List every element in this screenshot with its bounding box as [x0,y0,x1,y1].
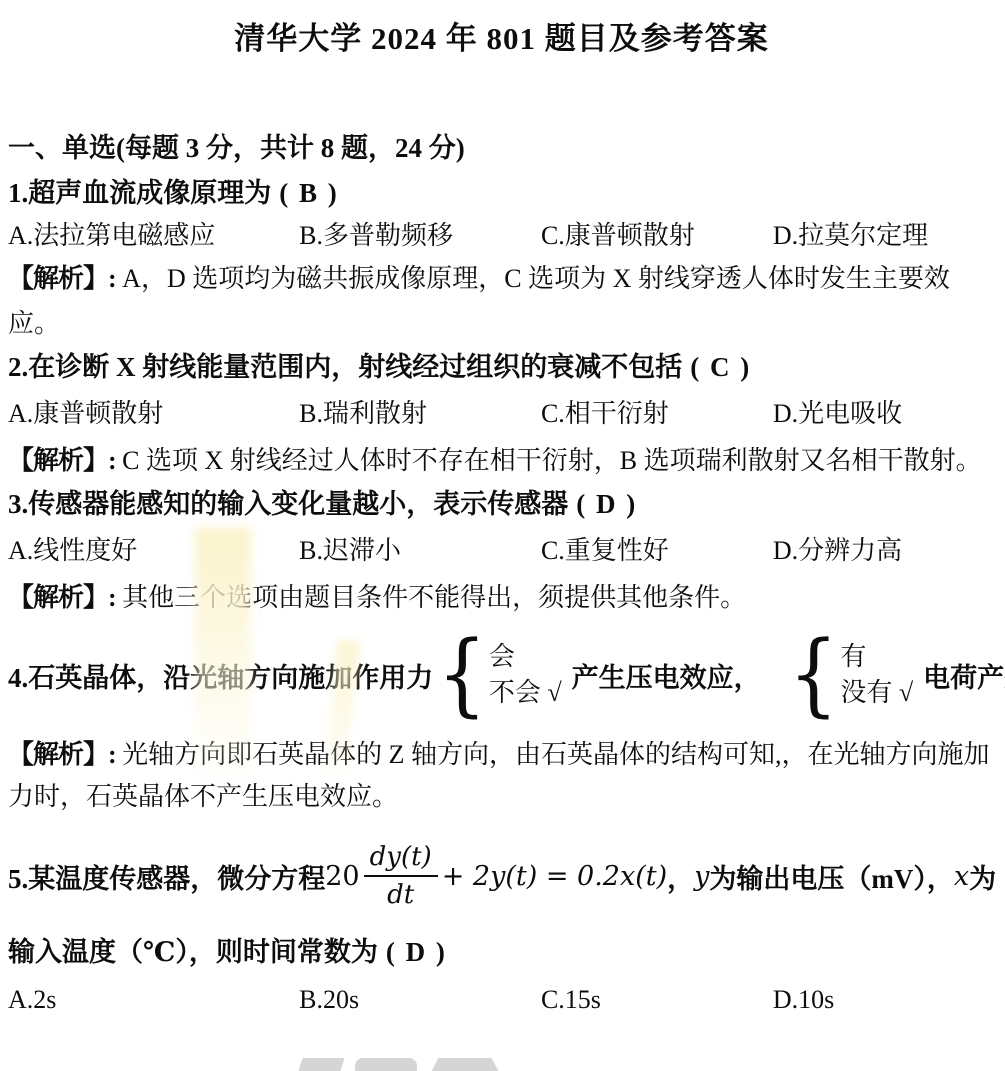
bottom-logo-watermark [300,1058,530,1071]
option-b: B.多普勒频移 [299,218,541,254]
comma: ， [667,857,694,896]
formula-coefficient: 20 [325,861,359,892]
question-1-analysis: 【解析】: A，D 选项均为磁共振成像原理，C 选项为 X 射线穿透人体时发生主… [8,256,995,346]
option-c: C.相干衍射 [541,396,773,432]
question-1-options: A.法拉第电磁感应 B.多普勒频移 C.康普顿散射 D.拉莫尔定理 [8,218,995,254]
analysis-label: 【解析】: [8,264,116,293]
question-4-mid-text: 产生压电效应， [572,656,761,695]
question-3-stem: 3.传感器能感知的输入变化量越小，表示传感器( D ) [8,485,995,523]
choice-bottom-checked: 不会 √ [489,675,562,711]
question-3-analysis: 【解析】: 其他三个选项由题目条件不能得出，须提供其他条件。 [8,575,995,620]
variable-x: x [954,861,969,892]
question-5-line2-text: 输入温度（℃），则时间常数为 [8,937,378,967]
left-brace: { [437,630,487,720]
choice-bottom-checked: 没有 √ [840,675,913,711]
watermark-shape [430,1058,500,1071]
question-4-analysis: 【解析】: 光轴方向即石英晶体的 Z 轴方向，由石英晶体的结构可知,，在光轴方向… [8,734,995,818]
option-a: A.线性度好 [8,533,299,569]
option-c: C.15s [541,982,773,1018]
question-2-answer: ( C ) [690,352,751,382]
question-5-options: A.2s B.20s C.15s D.10s [8,982,995,1018]
question-4-stem: 4.石英晶体，沿光轴方向施加作用力 { 会 不会 √ 产生压电效应， { 有 没… [8,622,995,728]
question-4-text: 4.石英晶体，沿光轴方向施加作用力 [8,656,433,695]
option-a: A.康普顿散射 [8,396,299,432]
page-title: 清华大学 2024 年 801 题目及参考答案 [8,16,995,62]
question-2-options: A.康普顿散射 B.瑞利散射 C.相干衍射 D.光电吸收 [8,396,995,432]
analysis-text: C 选项 X 射线经过人体时不存在相干衍射，B 选项瑞利散射又名相干散射。 [122,446,981,475]
question-3-options: A.线性度好 B.迟滞小 C.重复性好 D.分辨力高 [8,533,995,569]
option-b: B.20s [299,982,541,1018]
question-1-answer: ( B ) [279,178,339,208]
fraction-denominator: dt [387,877,414,911]
choice-top: 会 [489,639,562,675]
question-5-stem-line2: 输入温度（℃），则时间常数为( D ) [8,932,995,972]
analysis-text: 光轴方向即石英晶体的 Z 轴方向，由石英晶体的结构可知,，在光轴方向施加力时，石… [8,740,990,811]
question-1-text: 1.超声血流成像原理为 [8,178,271,208]
question-4-suffix-text: 电荷产生。 [923,656,1005,695]
question-2-stem: 2.在诊断 X 射线能量范围内，射线经过组织的衰减不包括( C ) [8,348,995,386]
variable-y: y [694,861,709,892]
question-4-choice-group-2: 有 没有 √ [840,639,913,711]
watermark-shape [355,1058,417,1071]
option-b: B.迟滞小 [299,533,541,569]
analysis-text: 其他三个选项由题目条件不能得出，须提供其他条件。 [122,583,746,612]
option-c: C.康普顿散射 [541,218,773,254]
question-2-analysis: 【解析】: C 选项 X 射线经过人体时不存在相干衍射，B 选项瑞利散射又名相干… [8,438,995,483]
question-5-answer: ( D ) [386,937,447,967]
question-1-stem: 1.超声血流成像原理为( B ) [8,174,995,212]
question-5-text: 5.某温度传感器，微分方程 [8,857,325,896]
question-4-choice-group-1: 会 不会 √ [489,639,562,711]
option-d: D.10s [773,982,995,1018]
question-5-stem: 5.某温度传感器，微分方程 20 dy(t) dt + 2y(t) = 0.2x… [8,830,995,922]
question-3-text: 3.传感器能感知的输入变化量越小，表示传感器 [8,489,568,519]
option-b: B.瑞利散射 [299,396,541,432]
option-d: D.分辨力高 [773,533,995,569]
analysis-text: A，D 选项均为磁共振成像原理，C 选项为 X 射线穿透人体时发生主要效应。 [8,264,950,338]
option-d: D.光电吸收 [773,396,995,432]
formula-fraction: dy(t) dt [364,841,438,911]
section-heading: 一、单选(每题 3 分，共计 8 题，24 分) [8,128,995,168]
choice-top: 有 [840,639,913,675]
option-a: A.法拉第电磁感应 [8,218,299,254]
option-a: A.2s [8,982,299,1018]
question-3-answer: ( D ) [576,489,637,519]
exam-document-page: 清华大学 2024 年 801 题目及参考答案 一、单选(每题 3 分，共计 8… [0,0,1005,1071]
formula-rest: + 2y(t) = 0.2x(t) [442,861,667,892]
watermark-shape [297,1058,344,1071]
option-c: C.重复性好 [541,533,773,569]
question-5-text-end: 为 [969,857,996,896]
option-d: D.拉莫尔定理 [773,218,995,254]
left-brace: { [789,630,839,720]
fraction-numerator: dy(t) [364,841,438,877]
question-2-text: 2.在诊断 X 射线能量范围内，射线经过组织的衰减不包括 [8,352,682,382]
analysis-label: 【解析】: [8,446,116,475]
question-5-text-mid: 为输出电压（mV）， [709,857,954,896]
analysis-label: 【解析】: [8,740,116,769]
analysis-label: 【解析】: [8,583,116,612]
